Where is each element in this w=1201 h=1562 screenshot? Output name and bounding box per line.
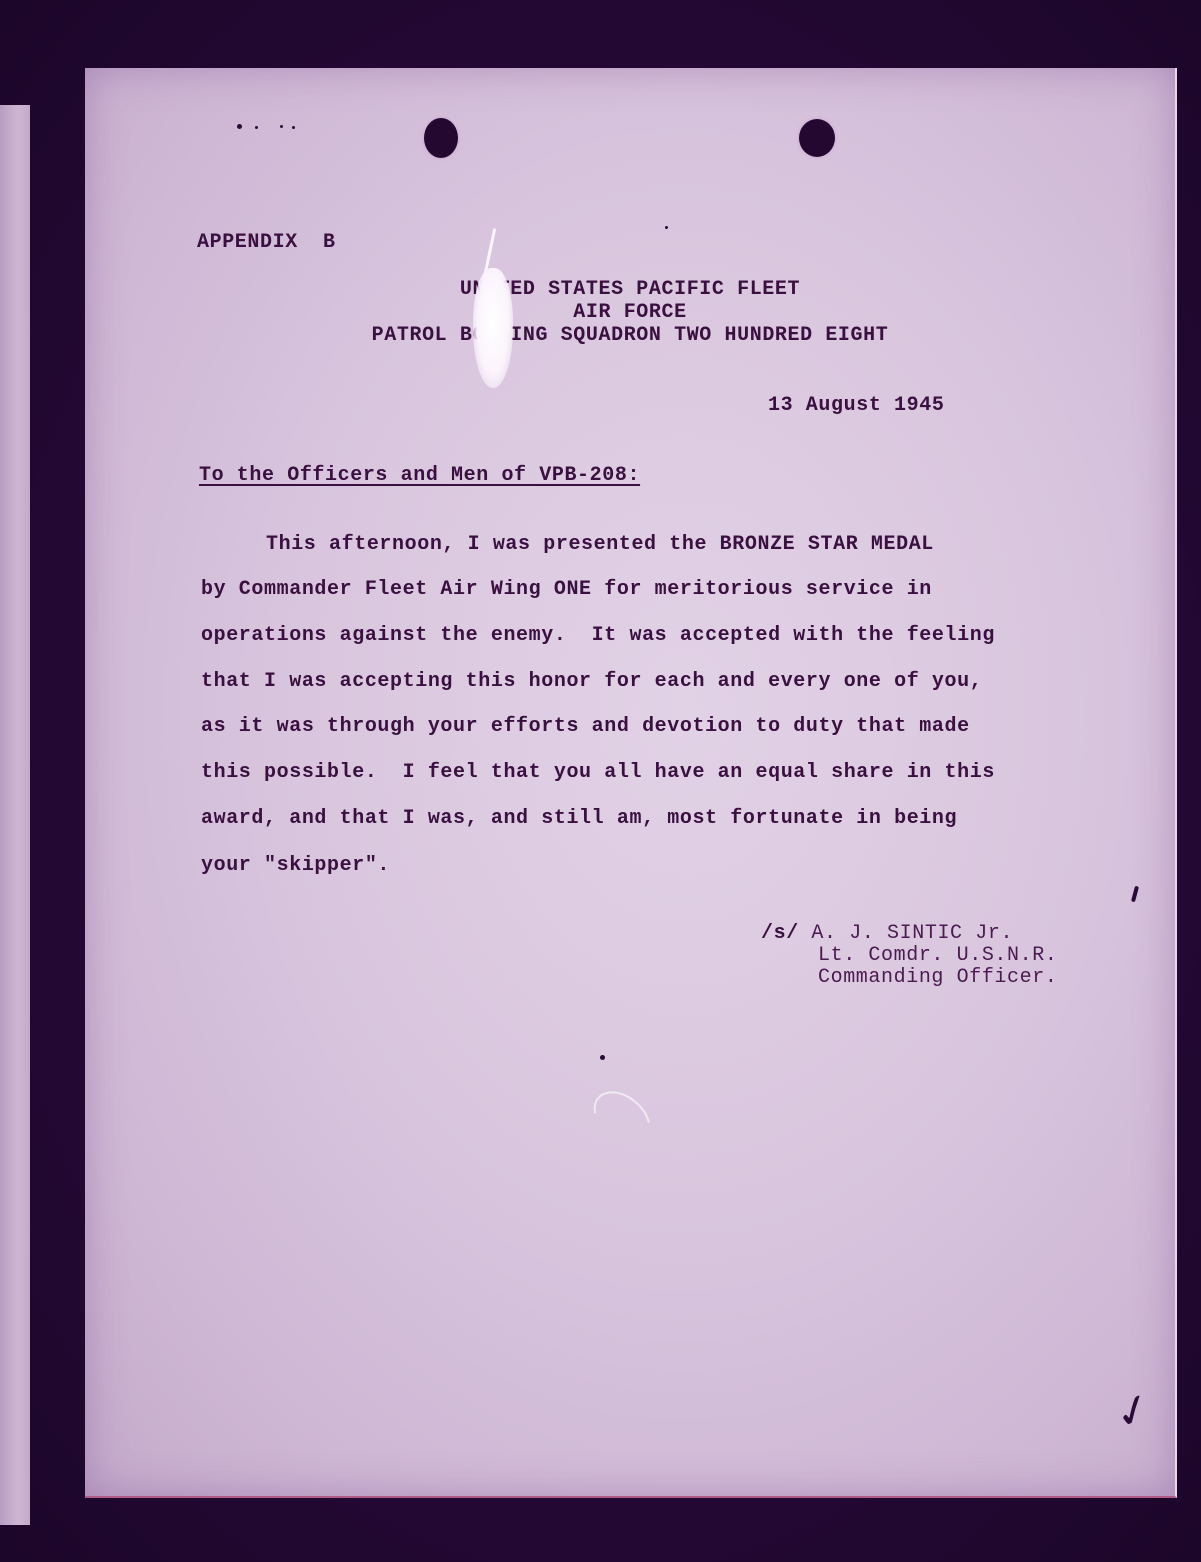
salutation: To the Officers and Men of VPB-208: [199,466,640,486]
signature-line: /s/ A. J. SINTIC Jr. [761,924,1013,944]
letterhead-line-3: PATROL BOMBING SQUADRON TWO HUNDRED EIGH… [85,326,1175,346]
adjacent-page-strip [0,105,30,1525]
ink-speck [665,226,668,229]
ink-speck [280,125,283,128]
check-mark-icon: ✓ [1107,1381,1159,1442]
punch-hole-left [424,118,458,158]
signature-rank: Lt. Comdr. U.S.N.R. [818,946,1057,966]
body-line: award, and that I was, and still am, mos… [201,809,957,829]
body-line: this possible. I feel that you all have … [201,763,995,783]
ink-speck [237,124,242,129]
body-line: that I was accepting this honor for each… [201,672,982,692]
body-line: operations against the enemy. It was acc… [201,626,995,646]
punch-hole-right [799,119,835,157]
signature-name: A. J. SINTIC Jr. [811,922,1013,945]
letterhead-line-2: AIR FORCE [85,303,1175,323]
ink-speck [255,126,258,129]
document-page: APPENDIX B UNITED STATES PACIFIC FLEET A… [85,68,1177,1498]
ink-speck [600,1055,605,1060]
body-line: as it was through your efforts and devot… [201,717,970,737]
body-line: by Commander Fleet Air Wing ONE for meri… [201,580,932,600]
letterhead-line-1: UNITED STATES PACIFIC FLEET [85,280,1175,300]
body-line: your "skipper". [201,856,390,876]
signature-title: Commanding Officer. [818,968,1057,988]
film-scratch [583,1081,660,1156]
body-line: This afternoon, I was presented the BRON… [266,535,934,555]
ink-speck [292,126,295,129]
appendix-label: APPENDIX B [197,233,336,253]
signature-prefix: /s/ [761,922,799,945]
pen-mark [1131,886,1139,902]
letter-date: 13 August 1945 [768,396,944,416]
film-blemish [473,268,513,388]
